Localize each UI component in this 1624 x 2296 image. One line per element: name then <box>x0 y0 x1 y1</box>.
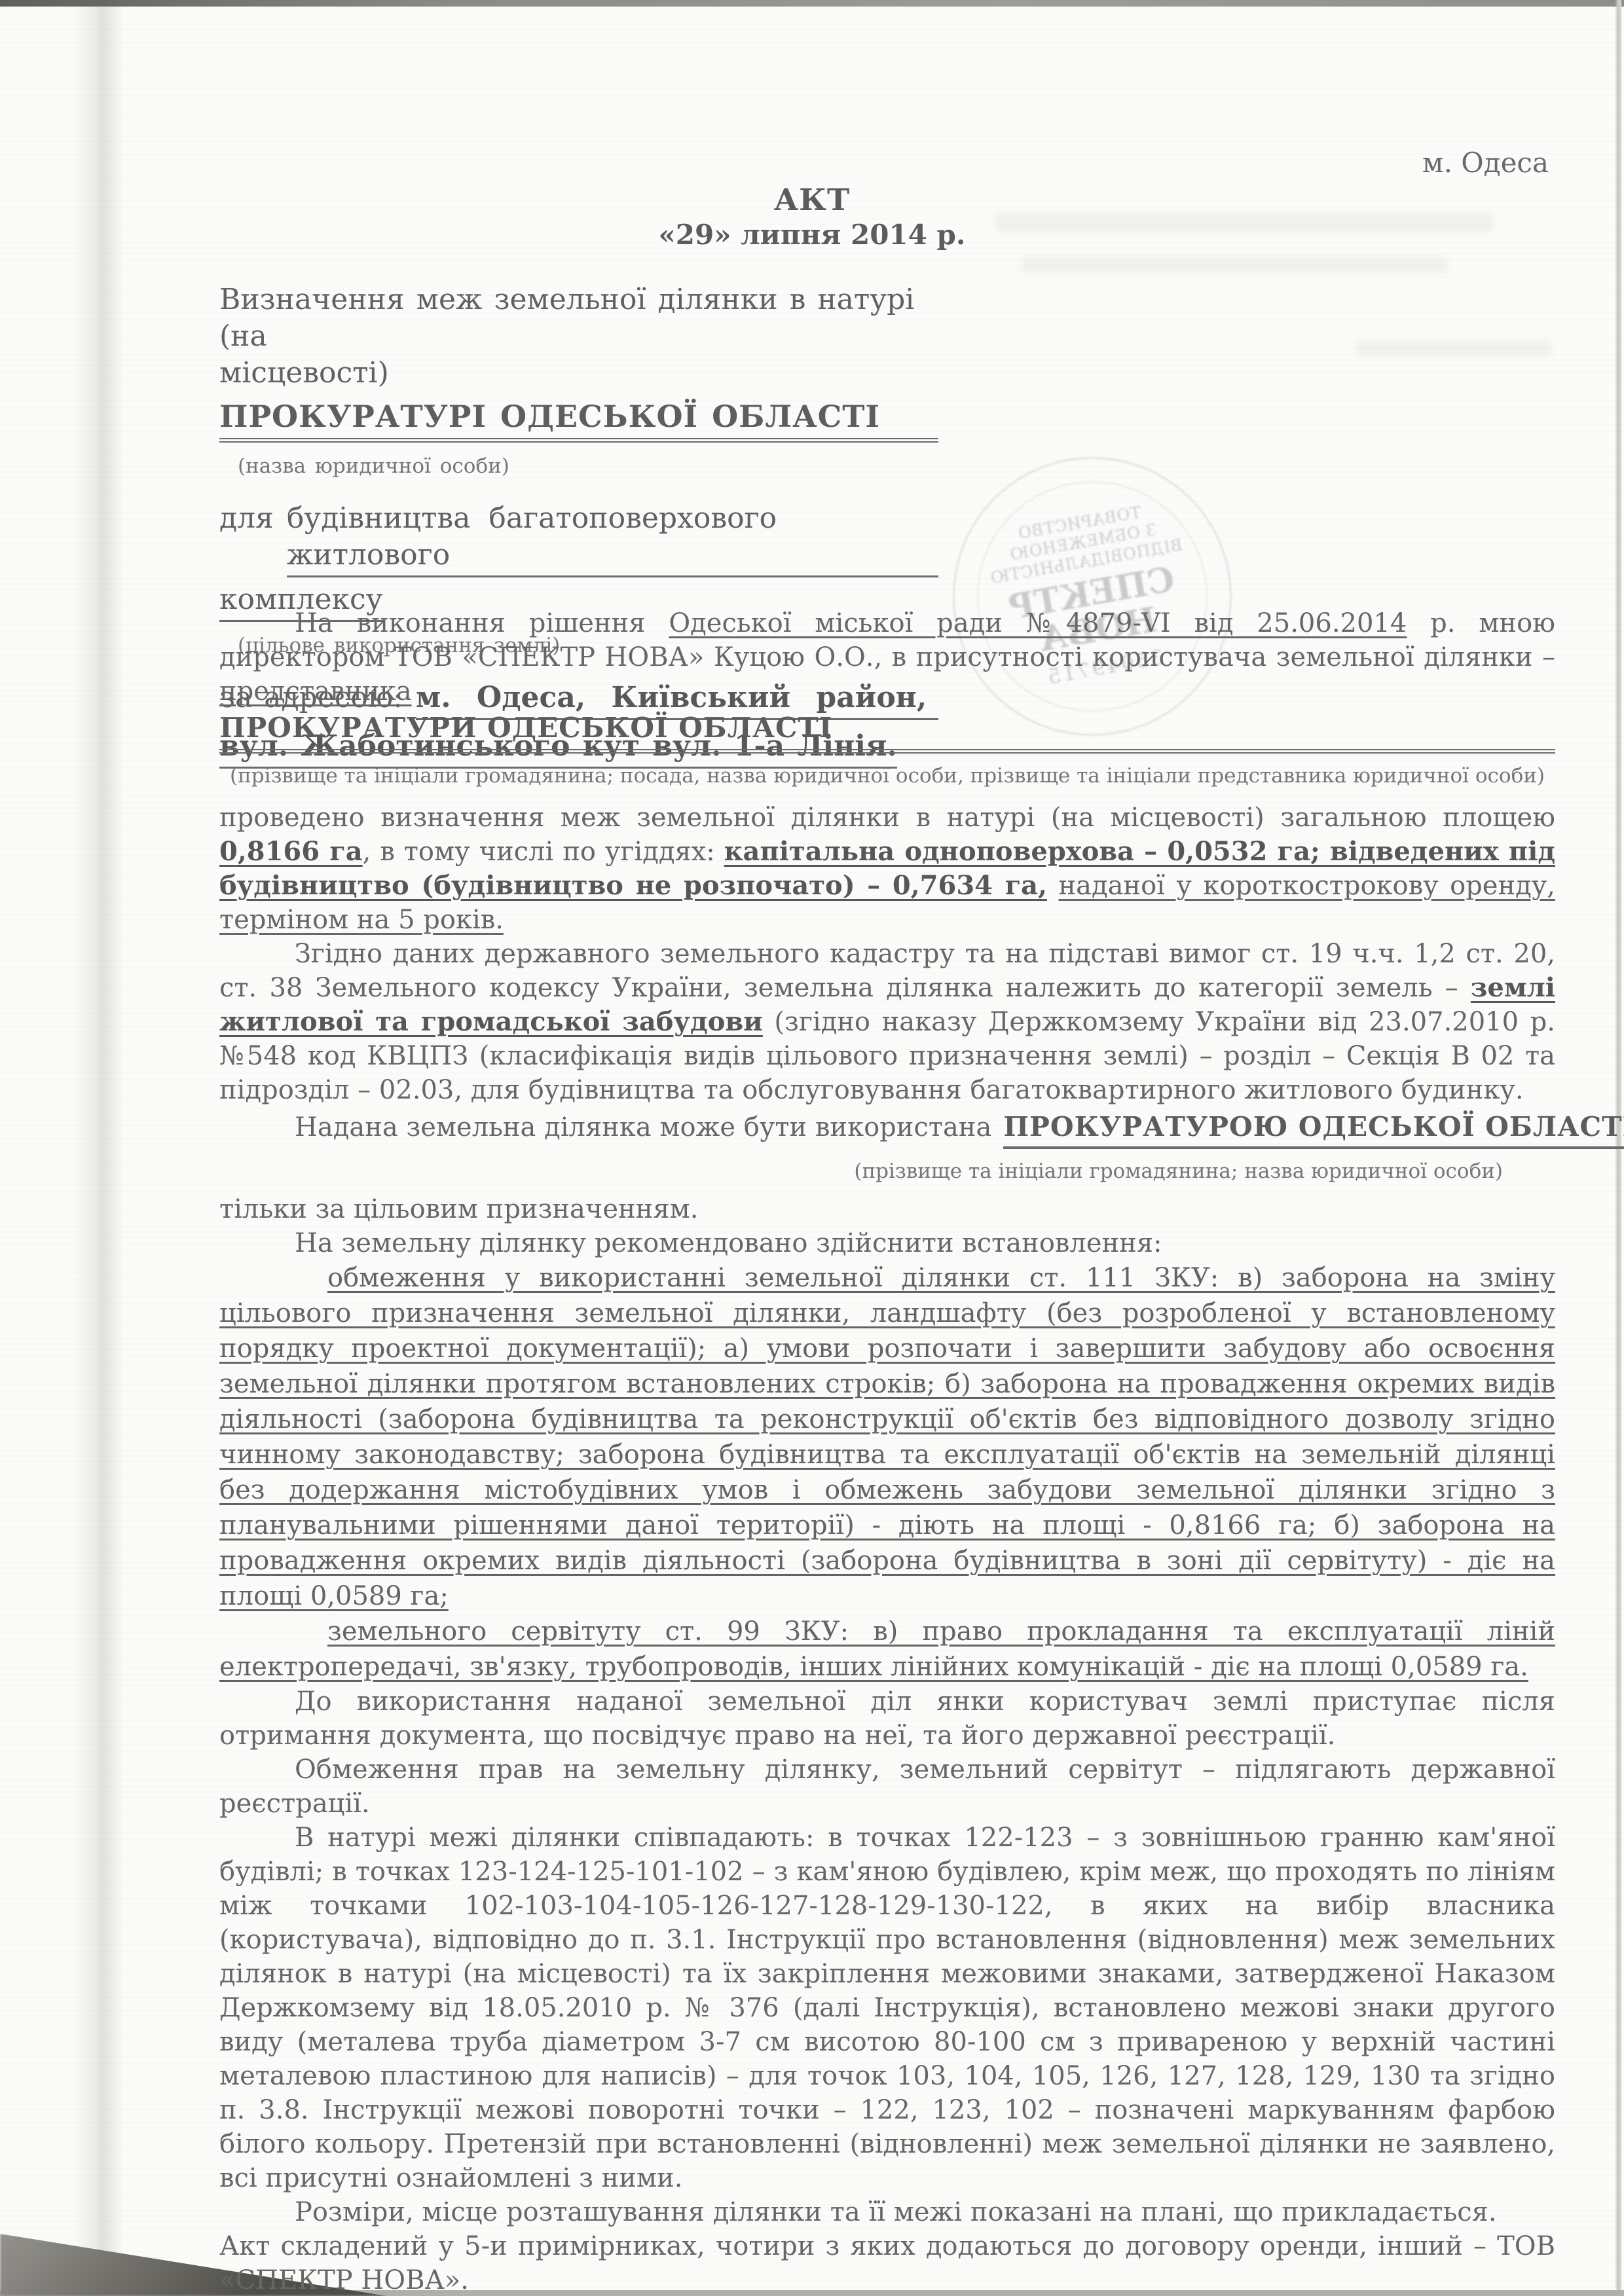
document-date: «29» липня 2014 р. <box>0 219 1624 251</box>
usage-start-paragraph: До використання наданої земельної діл ян… <box>219 1685 1555 1753</box>
subject-line-1: Визначення меж земельної ділянки в натур… <box>219 282 938 355</box>
cadastre-paragraph: Згідно даних державного земельного кадас… <box>219 937 1555 1107</box>
servitude-paragraph: земельного сервітуту ст. 99 ЗКУ: в) прав… <box>219 1614 1555 1685</box>
document-title: АКТ <box>0 182 1624 217</box>
usage-lead: Надана земельна ділянка може бути викори… <box>219 1110 991 1144</box>
registration-paragraph: Обмеження прав на земельну ділянку, земе… <box>219 1753 1555 1821</box>
usage-organization: ПРОКУРАТУРОЮ ОДЕСЬКОЇ ОБЛАСТІ <box>1003 1110 1624 1149</box>
usage-row: Надана земельна ділянка може бути викори… <box>219 1110 1555 1149</box>
copies-paragraph: Акт складений у 5-и примірниках, чотири … <box>219 2229 1555 2296</box>
purpose-row: для будівництва багатоповерхового житлов… <box>219 500 938 577</box>
plan-line: Розміри, місце розташування ділянки та ї… <box>219 2195 1555 2229</box>
grantee-organization-line: ПРОКУРАТУРИ ОДЕСЬКОЇ ОБЛАСТІ <box>219 711 1555 754</box>
subject-line-2: місцевості) <box>219 355 938 392</box>
usage-org-caption: (прізвище та ініціали громадянина; назва… <box>219 1154 1503 1188</box>
recommendation-line: На земельну ділянку рекомендовано здійсн… <box>219 1226 1555 1260</box>
boundaries-paragraph: В натурі межі ділянки співпадають: в точ… <box>219 1821 1555 2195</box>
page-spine-crease <box>73 0 124 2296</box>
usage-tail-line: тільки за цільовим призначенням. <box>219 1192 1555 1226</box>
grantee-caption: (прізвище та ініціали громадянина; посад… <box>219 759 1555 793</box>
city-label: м. Одеса <box>1422 147 1549 179</box>
purpose-value-line-1: будівництва багатоповерхового житлового <box>287 500 938 577</box>
area-paragraph: проведено визначення меж земельної ділян… <box>219 801 1555 937</box>
ink-bleed-ghost-line <box>1022 257 1447 274</box>
purpose-lead: для <box>219 500 274 537</box>
scanned-document-page: ТОВАРИСТВО З ОБМЕЖЕНОЮ ВІДПОВІДАЛЬНІСТЮ … <box>0 0 1624 2296</box>
document-body: На виконання рішення Одеської міської ра… <box>219 606 1555 2296</box>
ink-bleed-ghost-line <box>1356 340 1552 356</box>
restrictions-paragraph: обмеження у використанні земельної ділян… <box>219 1260 1555 1614</box>
execution-paragraph: На виконання рішення Одеської міської ра… <box>219 606 1555 708</box>
scanner-top-edge-shadow <box>0 0 1624 7</box>
subject-organization: ПРОКУРАТУРІ ОДЕСЬКОЇ ОБЛАСТІ <box>219 398 938 443</box>
organization-caption: (назва юридичної особи) <box>219 448 938 484</box>
